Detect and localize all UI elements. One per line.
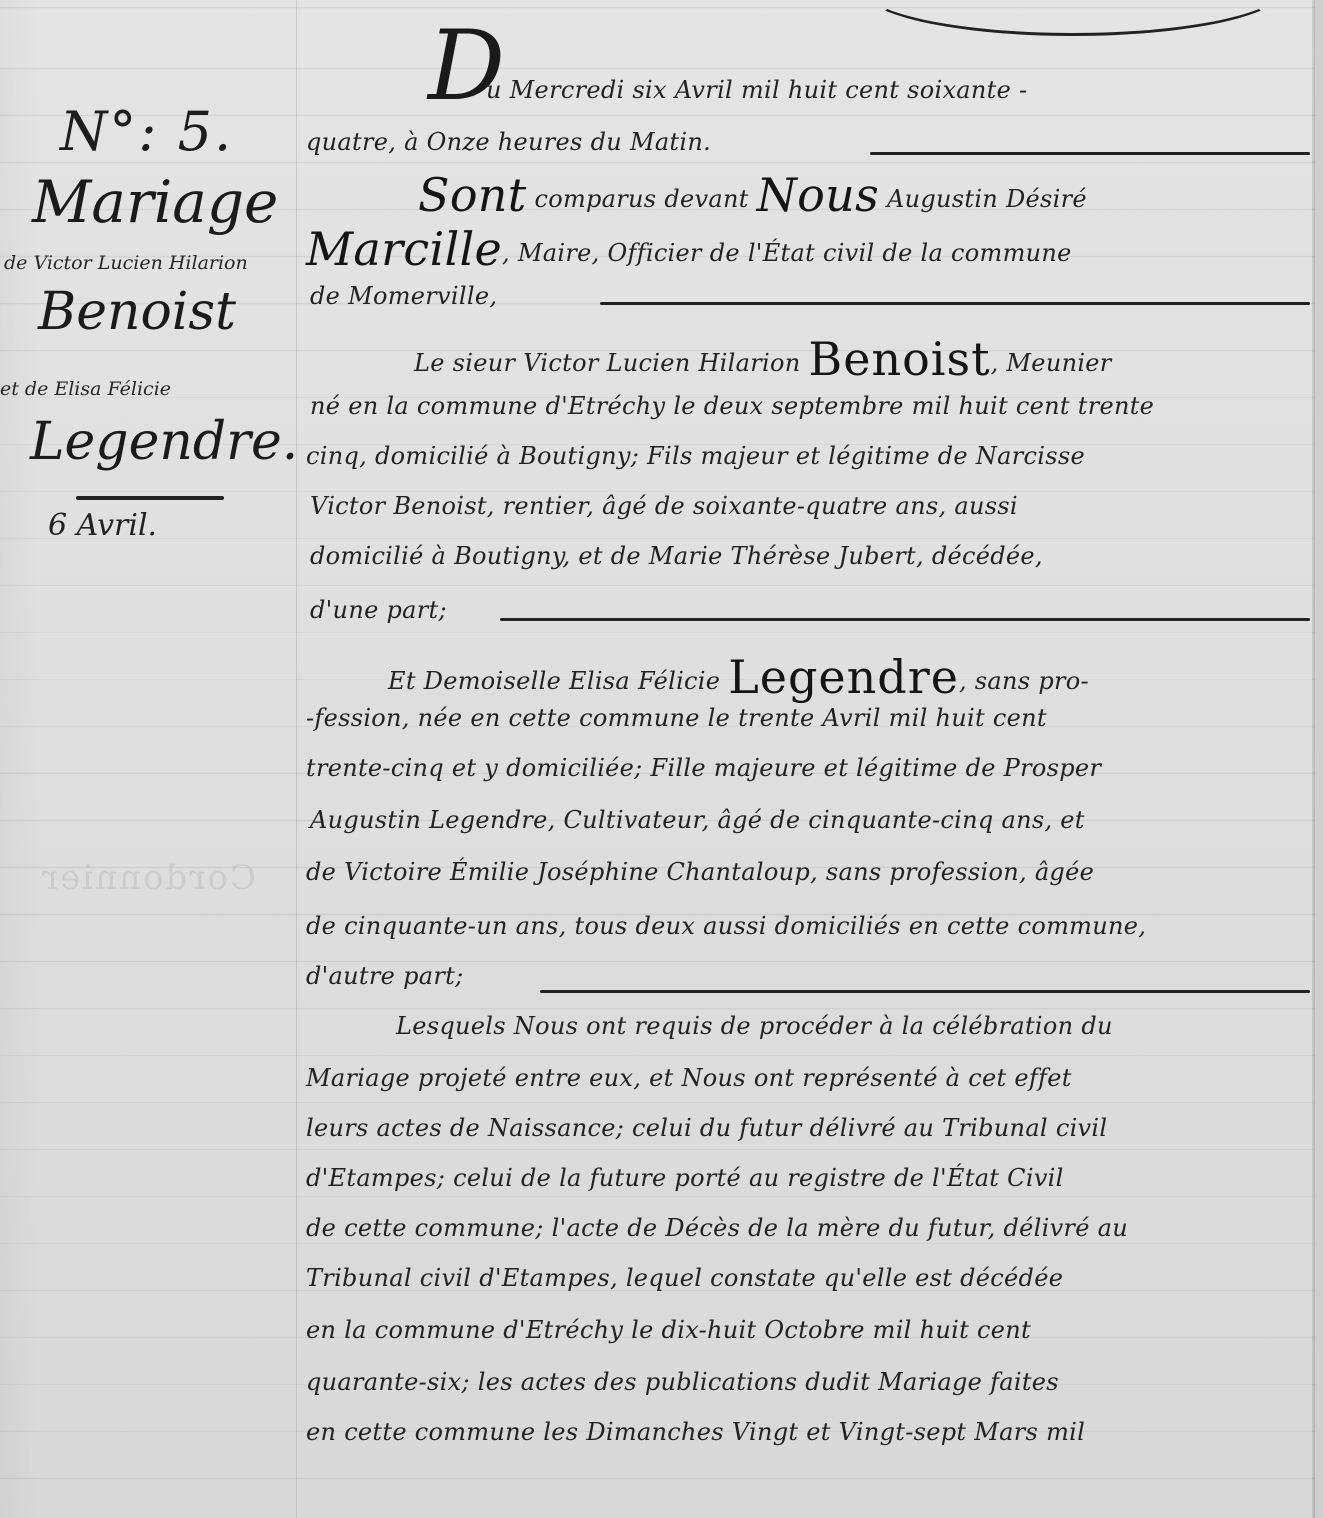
line-filler-rule — [600, 302, 1310, 305]
body-line-10: domicilié à Boutigny, et de Marie Thérès… — [310, 542, 1043, 570]
body-line-8: cinq, domicilié à Boutigny; Fils majeur … — [306, 442, 1085, 470]
body-line-11: d'une part; — [310, 596, 447, 624]
body-line-18: d'autre part; — [306, 962, 463, 990]
body-line-14: trente-cinq et y domiciliée; Fille majeu… — [306, 754, 1101, 782]
body-line-2: quatre, à Onze heures du Matin. — [306, 128, 711, 156]
body-line-15: Augustin Legendre, Cultivateur, âgé de c… — [310, 806, 1085, 834]
body-line-17: de cinquante-un ans, tous deux aussi dom… — [306, 912, 1146, 940]
groom-surname-body: Benoist — [808, 332, 990, 386]
body-line-24: Tribunal civil d'Etampes, lequel constat… — [306, 1264, 1063, 1292]
body-line-13: -fession, née en cette commune le trente… — [306, 704, 1047, 732]
body-line-5: de Momerville, — [310, 282, 497, 310]
body-line-25: en la commune d'Etréchy le dix-huit Octo… — [306, 1316, 1031, 1344]
body-line-21: leurs actes de Naissance; celui du futur… — [306, 1114, 1107, 1142]
top-flourish — [860, 0, 1286, 36]
body-line-9: Victor Benoist, rentier, âgé de soixante… — [310, 492, 1018, 520]
word-nous: Nous — [757, 168, 879, 222]
scanned-register-page: Cordonnier N°: 5. Mariage de Victor Luci… — [0, 0, 1323, 1518]
word-sont: Sont — [418, 168, 527, 222]
body-line-6: Le sieur Victor Lucien Hilarion Benoist,… — [414, 332, 1112, 386]
body-line-12: Et Demoiselle Elisa Félicie Legendre, sa… — [388, 650, 1089, 704]
body-line-20: Mariage projeté entre eux, et Nous ont r… — [306, 1064, 1072, 1092]
body-line-16: de Victoire Émilie Joséphine Chantaloup,… — [306, 858, 1094, 886]
body-line-7: né en la commune d'Etréchy le deux septe… — [310, 392, 1154, 420]
body-line-3: Sont comparus devant Nous Augustin Désir… — [418, 168, 1087, 222]
body-line-22: d'Etampes; celui de la future porté au r… — [306, 1164, 1064, 1192]
line-filler-rule — [500, 618, 1310, 621]
bride-surname-body: Legendre — [728, 650, 959, 704]
body-line-4: Marcille, Maire, Officier de l'État civi… — [306, 222, 1072, 276]
body-line-23: de cette commune; l'acte de Décès de la … — [306, 1214, 1128, 1242]
mayor-surname: Marcille — [306, 222, 502, 276]
body-line-19: Lesquels Nous ont requis de procéder à l… — [396, 1012, 1113, 1040]
act-body: D u Mercredi six Avril mil huit cent soi… — [0, 0, 1323, 1518]
body-line-27: en cette commune les Dimanches Vingt et … — [306, 1418, 1085, 1446]
body-line-26: quarante-six; les actes des publications… — [306, 1368, 1059, 1396]
body-line-1: u Mercredi six Avril mil huit cent soixa… — [486, 76, 1027, 104]
line-filler-rule — [540, 990, 1310, 993]
line-filler-rule — [870, 152, 1310, 155]
